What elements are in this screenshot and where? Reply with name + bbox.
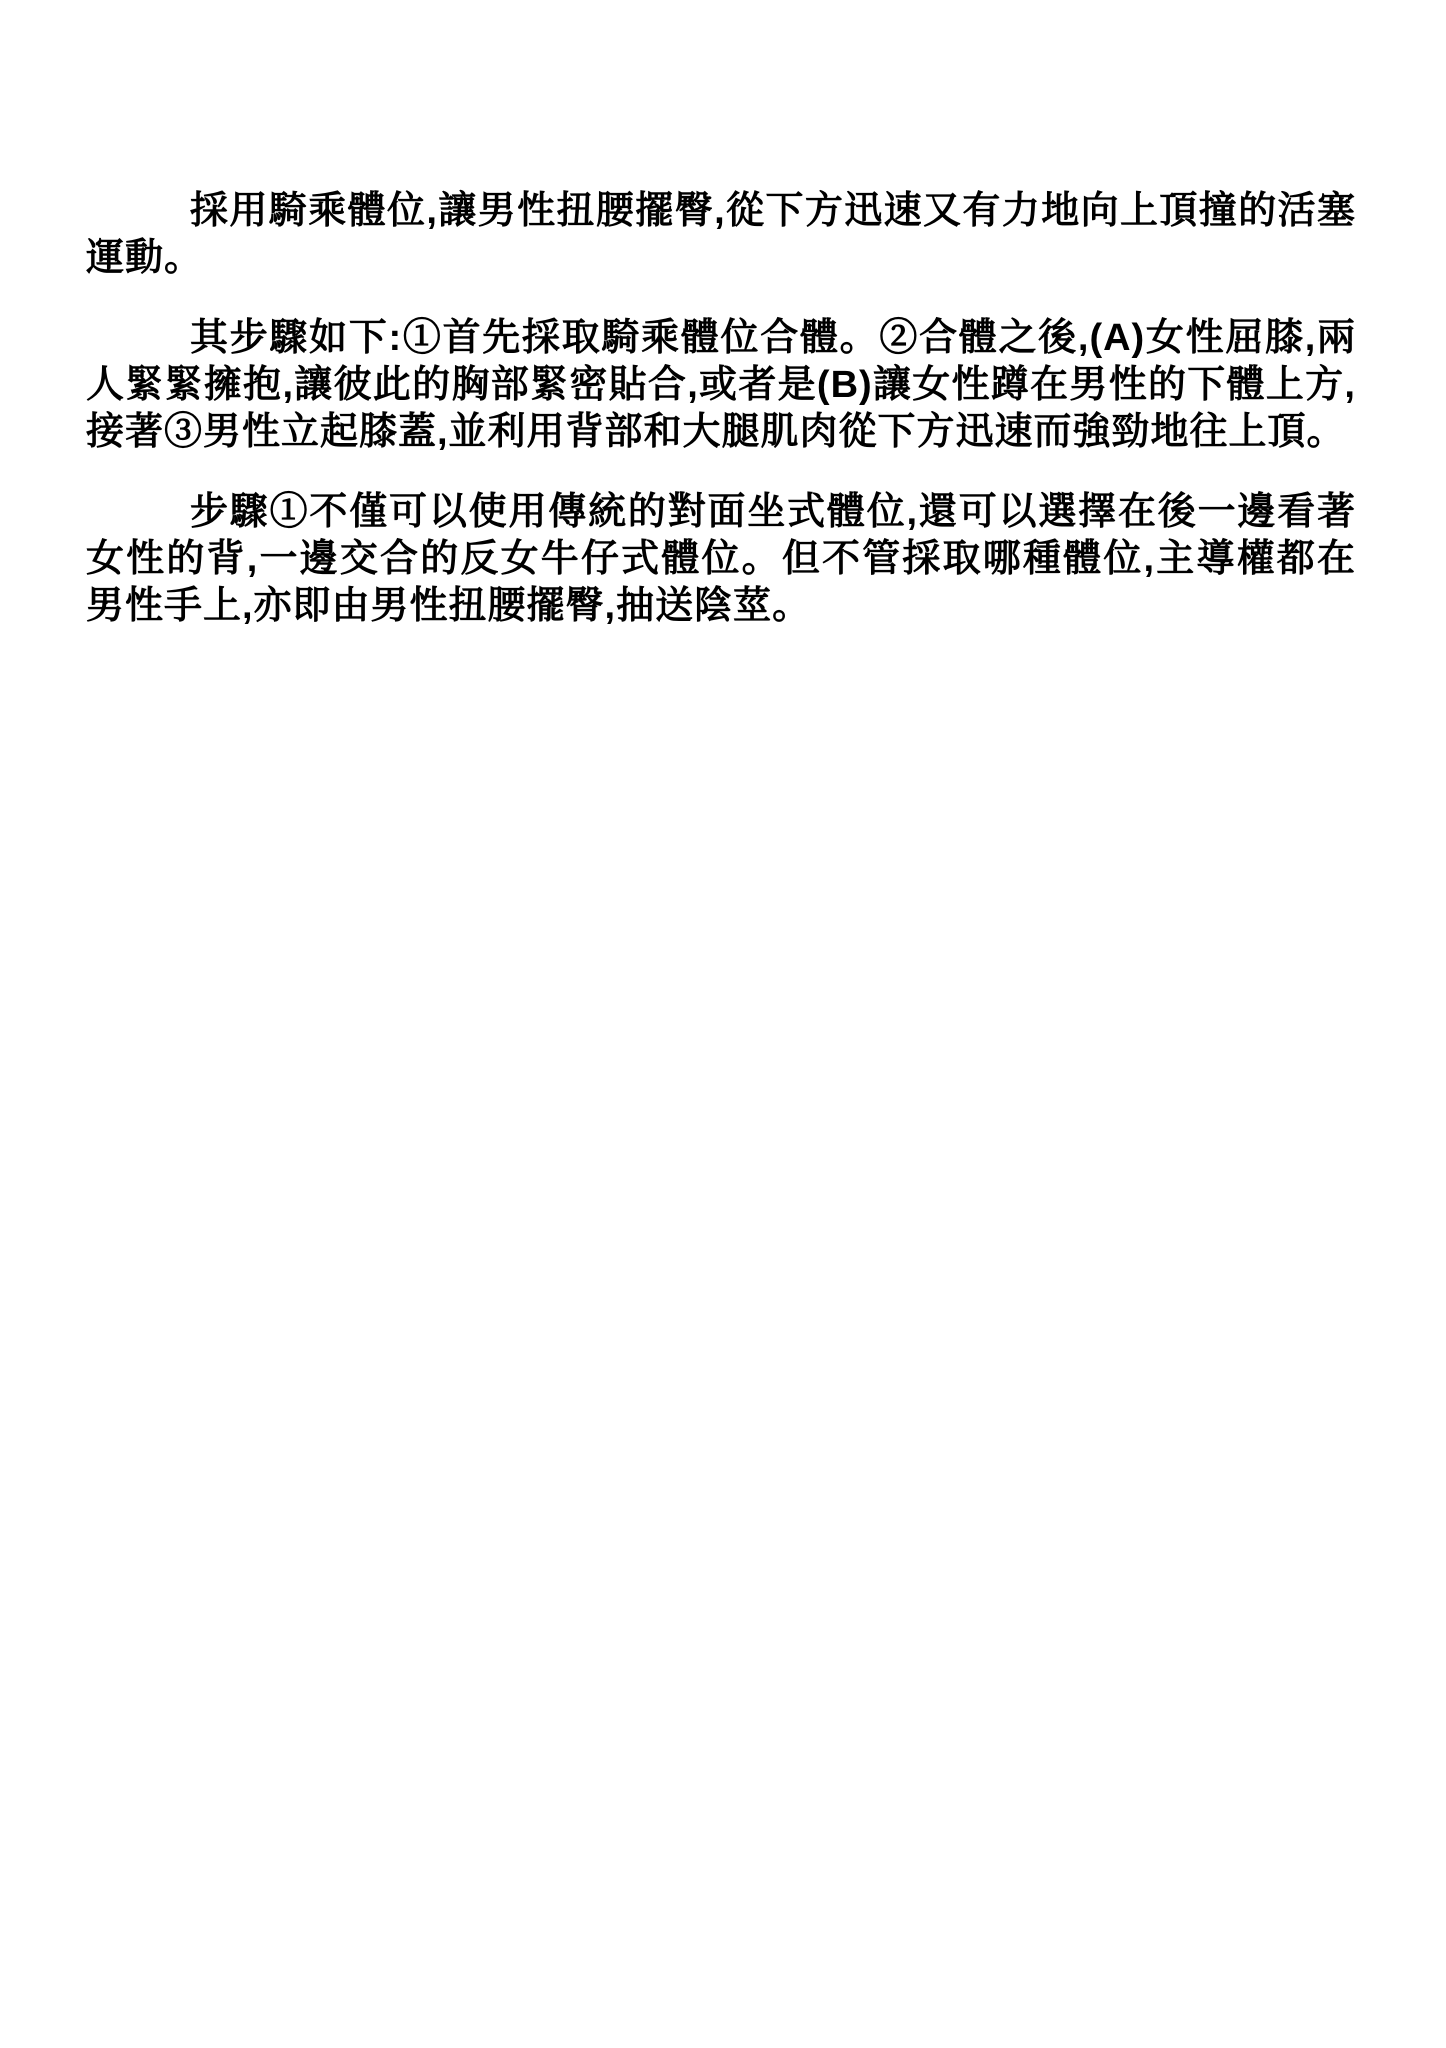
paragraph: 採用騎乘體位,讓男性扭腰擺臀,從下方迅速又有力地向上頂撞的活塞運動。 — [86, 188, 1356, 282]
document-page: 採用騎乘體位,讓男性扭腰擺臀,從下方迅速又有力地向上頂撞的活塞運動。 其步驟如下… — [0, 0, 1446, 2048]
paragraph: 步驟①不僅可以使用傳統的對面坐式體位,還可以選擇在後一邊看著女性的背,一邊交合的… — [86, 489, 1356, 630]
paragraph: 其步驟如下:①首先採取騎乘體位合體。②合體之後,(A)女性屈膝,兩人緊緊擁抱,讓… — [86, 315, 1356, 456]
